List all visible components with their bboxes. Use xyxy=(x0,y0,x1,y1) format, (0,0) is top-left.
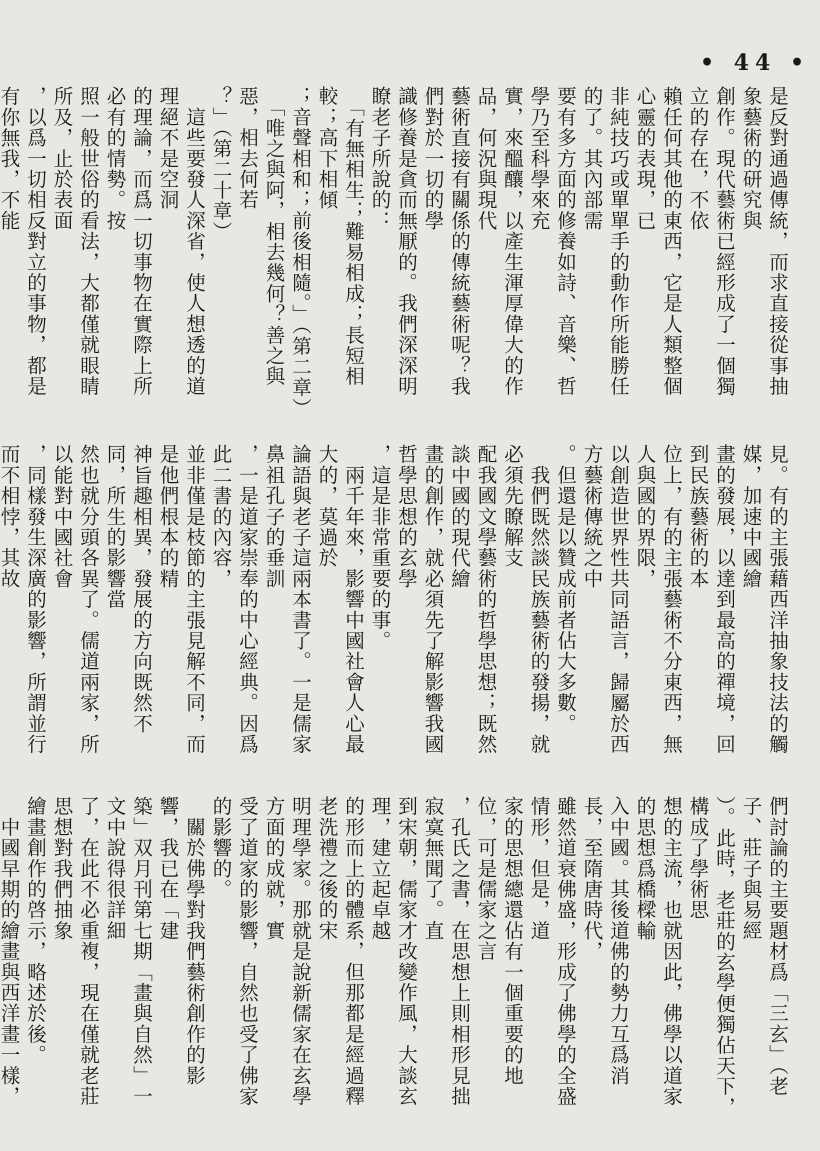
text-column: ，一是道家崇奉的中心經典。因爲此二書的內容， xyxy=(207,444,260,760)
text-column: 這些要發人深省，使人想透的道理絕不是空洞 xyxy=(154,86,207,416)
text-column: 見。有的主張藉西洋抽象技法的觸媒，加速中國繪 xyxy=(737,444,790,760)
text-column: 論語與老子這兩本書了。一是儒家鼻祖孔子的垂訓 xyxy=(260,444,313,760)
text-column: 實，來醞釀，以產生渾厚偉大的作品，何況與現代 xyxy=(472,86,525,416)
text-column: 繪畫創作的啓示，略述於後。 xyxy=(22,796,49,1124)
text-column: 以創造世界性共同語言，歸屬於西方藝術傳統之中 xyxy=(578,444,631,760)
text-column: 要有多方面的修養如詩、音樂、哲學乃至科學來充 xyxy=(525,86,578,416)
text-column: ，孔氏之書，在思想上則相形見拙寂寞無聞了。直 xyxy=(419,796,472,1124)
text-column: 創作。現代藝術已經形成了一個獨立的存在，不依 xyxy=(684,86,737,416)
text-column: 想的主流，也就因此，佛學以道家的思想爲橋樑輸 xyxy=(631,796,684,1124)
text-column: 。但還是以贊成前者佔大多數。 xyxy=(552,444,579,760)
text-column: 非純技巧或單單手的動作所能勝任的了。其內部需 xyxy=(578,86,631,416)
text-column: 明理學家。那就是說新儒家在玄學方面的成就，實 xyxy=(260,796,313,1124)
text-column: 家的思想總還佔有一個重要的地位，可是儒家之言 xyxy=(472,796,525,1124)
text-column: 然也就分頭各異了。儒道兩家，所以能對中國社會 xyxy=(48,444,101,760)
text-column: 「有無相生；難易相成；長短相較；高下相傾 xyxy=(313,86,366,416)
text-column: 兩千年來，影響中國社會人心最大的，莫過於 xyxy=(313,444,366,760)
text-band-bottom: 們討論的主要題材爲「三玄」（老子、莊子與易經）。此時，老莊的玄學便獨佔天下，構成… xyxy=(62,796,790,1124)
text-column: 關於佛學對我們藝術創作的影響，我已在「建 xyxy=(154,796,207,1124)
text-column: 築」双月刊第七期「畫與自然」一文中說得很詳細 xyxy=(101,796,154,1124)
text-column: ）。此時，老莊的玄學便獨佔天下，構成了學術思 xyxy=(684,796,737,1124)
text-column: 受了道家的影響，自然也受了佛家的影響的。 xyxy=(207,796,260,1124)
text-column: 賴任何其他的東西，它是人類整個心靈的表現，已 xyxy=(631,86,684,416)
text-column: 雖然道衰佛盛，形成了佛學的全盛情形，但是，道 xyxy=(525,796,578,1124)
text-band-top: 是反對通過傳統，而求直接從事抽象藝術的研究與創作。現代藝術已經形成了一個獨立的存… xyxy=(62,86,790,416)
text-column: 畫的創作，就必須先了解影響我國哲學思想的玄學 xyxy=(393,444,446,760)
text-column: 們討論的主要題材爲「三玄」（老子、莊子與易經 xyxy=(737,796,790,1124)
text-column: 到宋朝，儒家才改變作風，大談玄理，建立起卓越 xyxy=(366,796,419,1124)
text-column: 識修養是貪而無厭的。我們深深明瞭老子所說的： xyxy=(366,86,419,416)
text-column: ；音聲相和；前後相隨。」（第二章） xyxy=(287,86,314,416)
text-column: 照一般世俗的看法，大都僅就眼睛所及，止於表面 xyxy=(48,86,101,416)
text-column: ，同樣發生深廣的影響，所謂並行而不相悖，其故 xyxy=(0,444,48,760)
text-column: 畫的發展，以達到最高的禪境，回到民族藝術的本 xyxy=(684,444,737,760)
text-column: 我們既然談民族藝術的發揚，就必須先瞭解支 xyxy=(499,444,552,760)
text-band-middle: 見。有的主張藉西洋抽象技法的觸媒，加速中國繪畫的發展，以達到最高的禪境，回到民族… xyxy=(62,444,790,760)
text-column: 位上，有的主張藝術不分東西，無人與國的界限， xyxy=(631,444,684,760)
text-column: 的理論，而爲一切事物在實際上所必有的情勢。按 xyxy=(101,86,154,416)
text-column: 了，在此不必重複，現在僅就老莊思想對我們抽象 xyxy=(48,796,101,1124)
text-column: 入中國。其後道佛的勢力互爲消長，至隋唐時代， xyxy=(578,796,631,1124)
text-column: 神旨趣相異，發展的方向既然不同，所生的影響當 xyxy=(101,444,154,760)
text-column: 的形而上的體系，但那都是經過釋老洗禮之後的宋 xyxy=(313,796,366,1124)
text-column: 「唯之與阿，相去幾何？善之與惡，相去何若 xyxy=(234,86,287,416)
text-column: 中國早期的繪畫與西洋畫一樣，整個畫面都以 xyxy=(0,796,22,1124)
text-column: ，這是非常重要的事。 xyxy=(366,444,393,760)
page-number: • 44 • xyxy=(700,50,810,76)
text-column: 藝術直接有關係的傳統藝術呢？我們對於一切的學 xyxy=(419,86,472,416)
text-column: 配我國文學藝術的哲學思想；既然談中國的現代繪 xyxy=(446,444,499,760)
text-column: 並非僅是枝節的主張見解不同，而是他們根本的精 xyxy=(154,444,207,760)
text-column: ？」（第二十章） xyxy=(207,86,234,416)
text-column: ，以爲一切相反對立的事物，都是有你無我，不能 xyxy=(0,86,48,416)
text-column: 是反對通過傳統，而求直接從事抽象藝術的研究與 xyxy=(737,86,790,416)
